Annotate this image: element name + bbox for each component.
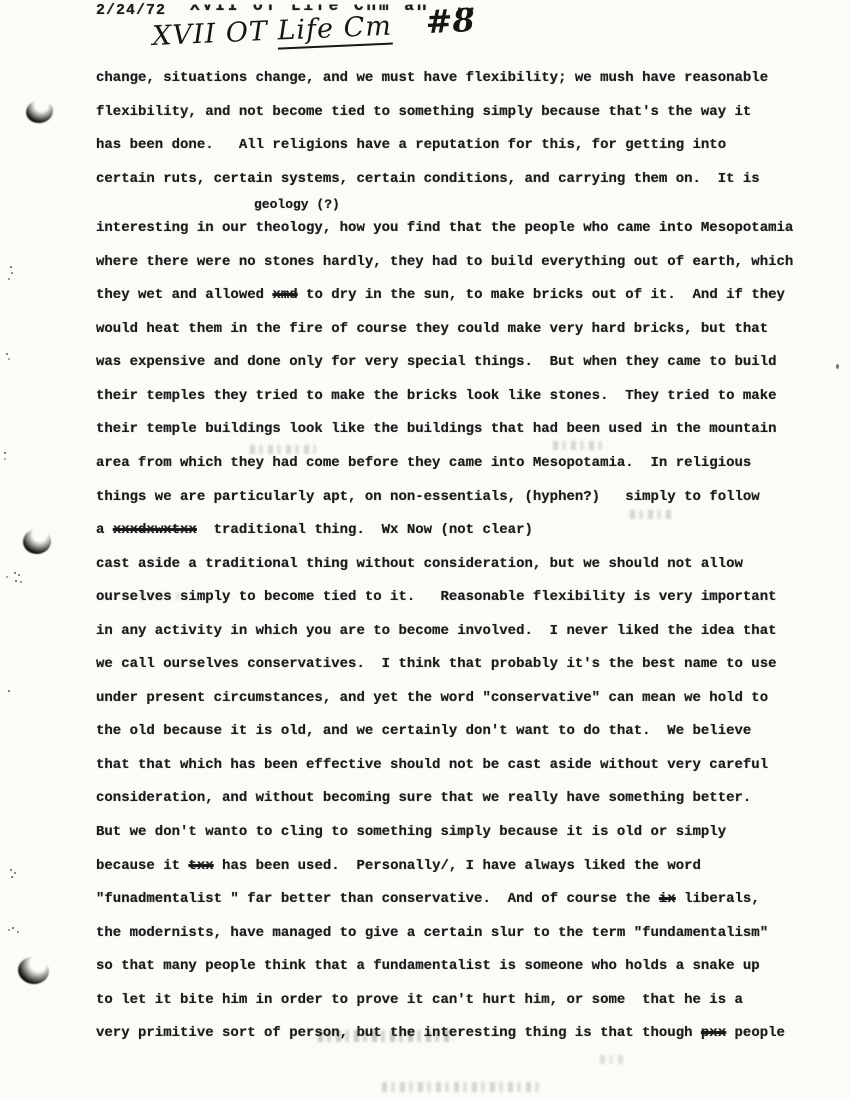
- typed-line: in any activity in which you are to beco…: [96, 616, 826, 650]
- typed-line: would heat them in the fire of course th…: [96, 314, 826, 348]
- typed-text: people: [726, 1025, 785, 1041]
- typed-text: their temple buildings look like the bui…: [96, 421, 777, 437]
- binder-hole-shadow: [22, 528, 52, 555]
- typed-line: ourselves simply to become tied to it. R…: [96, 582, 826, 616]
- ghost-text-smudge: [600, 1055, 624, 1064]
- typed-text: in any activity in which you are to beco…: [96, 623, 777, 639]
- typed-text: has been done. All religions have a repu…: [96, 137, 726, 153]
- struck-out-text: xxxdxwxtxx: [113, 522, 197, 538]
- typed-text: consideration, and without becoming sure…: [96, 790, 751, 806]
- typed-line: we call ourselves conservatives. I think…: [96, 649, 826, 683]
- margin-speckle: [6, 353, 8, 355]
- margin-speckle: [10, 266, 12, 268]
- typed-text: so that many people think that a fundame…: [96, 958, 760, 974]
- typed-line: flexibility, and not become tied to some…: [96, 97, 826, 131]
- typed-text: geology (?): [254, 197, 340, 212]
- typed-line: consideration, and without becoming sure…: [96, 783, 826, 817]
- typed-line: the modernists, have managed to give a c…: [96, 918, 826, 952]
- margin-speckle: [12, 927, 14, 929]
- struck-out-text: ix: [659, 891, 676, 907]
- typed-text: to let it bite him in order to prove it …: [96, 992, 743, 1008]
- typed-text: because it: [96, 858, 188, 874]
- typed-text: their temples they tried to make the bri…: [96, 388, 777, 404]
- struck-out-text: txx: [188, 858, 213, 874]
- typed-line: has been done. All religions have a repu…: [96, 130, 826, 164]
- typed-line: very primitive sort of person, but the i…: [96, 1018, 826, 1052]
- typed-text: traditional thing. Wx Now (not clear): [197, 522, 533, 538]
- typed-line: a xxxdxwxtxx traditional thing. Wx Now (…: [96, 515, 826, 549]
- typed-line: the old because it is old, and we certai…: [96, 716, 826, 750]
- typed-line: they wet and allowed xmd to dry in the s…: [96, 280, 826, 314]
- typed-text: But we don't wanto to cling to something…: [96, 824, 726, 840]
- typed-text: was expensive and done only for very spe…: [96, 354, 777, 370]
- margin-speckle: [836, 364, 839, 369]
- typed-text: a: [96, 522, 113, 538]
- typed-text: "funadmentalist " far better than conser…: [96, 891, 659, 907]
- binder-hole-shadow: [16, 955, 50, 986]
- margin-speckle: [8, 690, 10, 692]
- typed-line: so that many people think that a fundame…: [96, 951, 826, 985]
- ghost-text-smudge: [382, 1082, 542, 1092]
- typed-line: But we don't wanto to cling to something…: [96, 817, 826, 851]
- typed-lines: change, situations change, and we must h…: [96, 63, 826, 1052]
- handwritten-note-underlined: Life Cm: [277, 11, 393, 50]
- typed-text: interesting in our theology, how you fin…: [96, 220, 793, 236]
- typed-line: where there were no stones hardly, they …: [96, 247, 826, 281]
- typed-text: under present circumstances, and yet the…: [96, 690, 768, 706]
- typed-line: to let it bite him in order to prove it …: [96, 985, 826, 1019]
- margin-speckle: [14, 572, 16, 574]
- typed-line: cast aside a traditional thing without c…: [96, 549, 826, 583]
- binder-hole-shadow: [24, 98, 55, 125]
- typed-text: ourselves simply to become tied to it. R…: [96, 589, 777, 605]
- typed-text: the old because it is old, and we certai…: [96, 723, 751, 739]
- typed-text: liberals,: [676, 891, 760, 907]
- struck-out-text: xmd: [272, 287, 297, 303]
- typed-text: area from which they had come before the…: [96, 455, 751, 471]
- typed-text: we call ourselves conservatives. I think…: [96, 656, 777, 672]
- typed-line: that that which has been effective shoul…: [96, 750, 826, 784]
- margin-speckle: [4, 452, 6, 454]
- typed-line: certain ruts, certain systems, certain c…: [96, 164, 826, 198]
- typed-text: to dry in the sun, to make bricks out of…: [298, 287, 785, 303]
- handwritten-page-number: #8: [425, 1, 476, 41]
- typed-line: geology (?): [96, 197, 826, 213]
- typed-line: was expensive and done only for very spe…: [96, 347, 826, 381]
- typed-text: change, situations change, and we must h…: [96, 70, 768, 86]
- typed-text: things we are particularly apt, on non-e…: [96, 489, 760, 505]
- typed-line: under present circumstances, and yet the…: [96, 683, 826, 717]
- typed-line: area from which they had come before the…: [96, 448, 826, 482]
- margin-speckle: [10, 869, 12, 871]
- scanned-document-page: 2/24/72 XVII OT Life Chm an .. XVII OT L…: [0, 0, 850, 1099]
- typed-text: very primitive sort of person, but the i…: [96, 1025, 701, 1041]
- typed-text: where there were no stones hardly, they …: [96, 254, 793, 270]
- typed-line: their temple buildings look like the bui…: [96, 414, 826, 448]
- typed-line: change, situations change, and we must h…: [96, 63, 826, 97]
- typed-text: certain ruts, certain systems, certain c…: [96, 171, 760, 187]
- typed-text: that that which has been effective shoul…: [96, 757, 768, 773]
- handwritten-note-text: XVII OT: [152, 16, 279, 52]
- typed-line: "funadmentalist " far better than conser…: [96, 884, 826, 918]
- struck-out-text: pxx: [701, 1025, 726, 1041]
- typed-text: cast aside a traditional thing without c…: [96, 556, 743, 572]
- typed-line: their temples they tried to make the bri…: [96, 381, 826, 415]
- typed-text: would heat them in the fire of course th…: [96, 321, 768, 337]
- typed-line: because it txx has been used. Personally…: [96, 851, 826, 885]
- typed-text: flexibility, and not become tied to some…: [96, 104, 751, 120]
- typed-text: the modernists, have managed to give a c…: [96, 925, 768, 941]
- typed-text: they wet and allowed: [96, 287, 272, 303]
- typed-line: things we are particularly apt, on non-e…: [96, 482, 826, 516]
- typed-line: interesting in our theology, how you fin…: [96, 213, 826, 247]
- typed-text: has been used. Personally/, I have alway…: [214, 858, 701, 874]
